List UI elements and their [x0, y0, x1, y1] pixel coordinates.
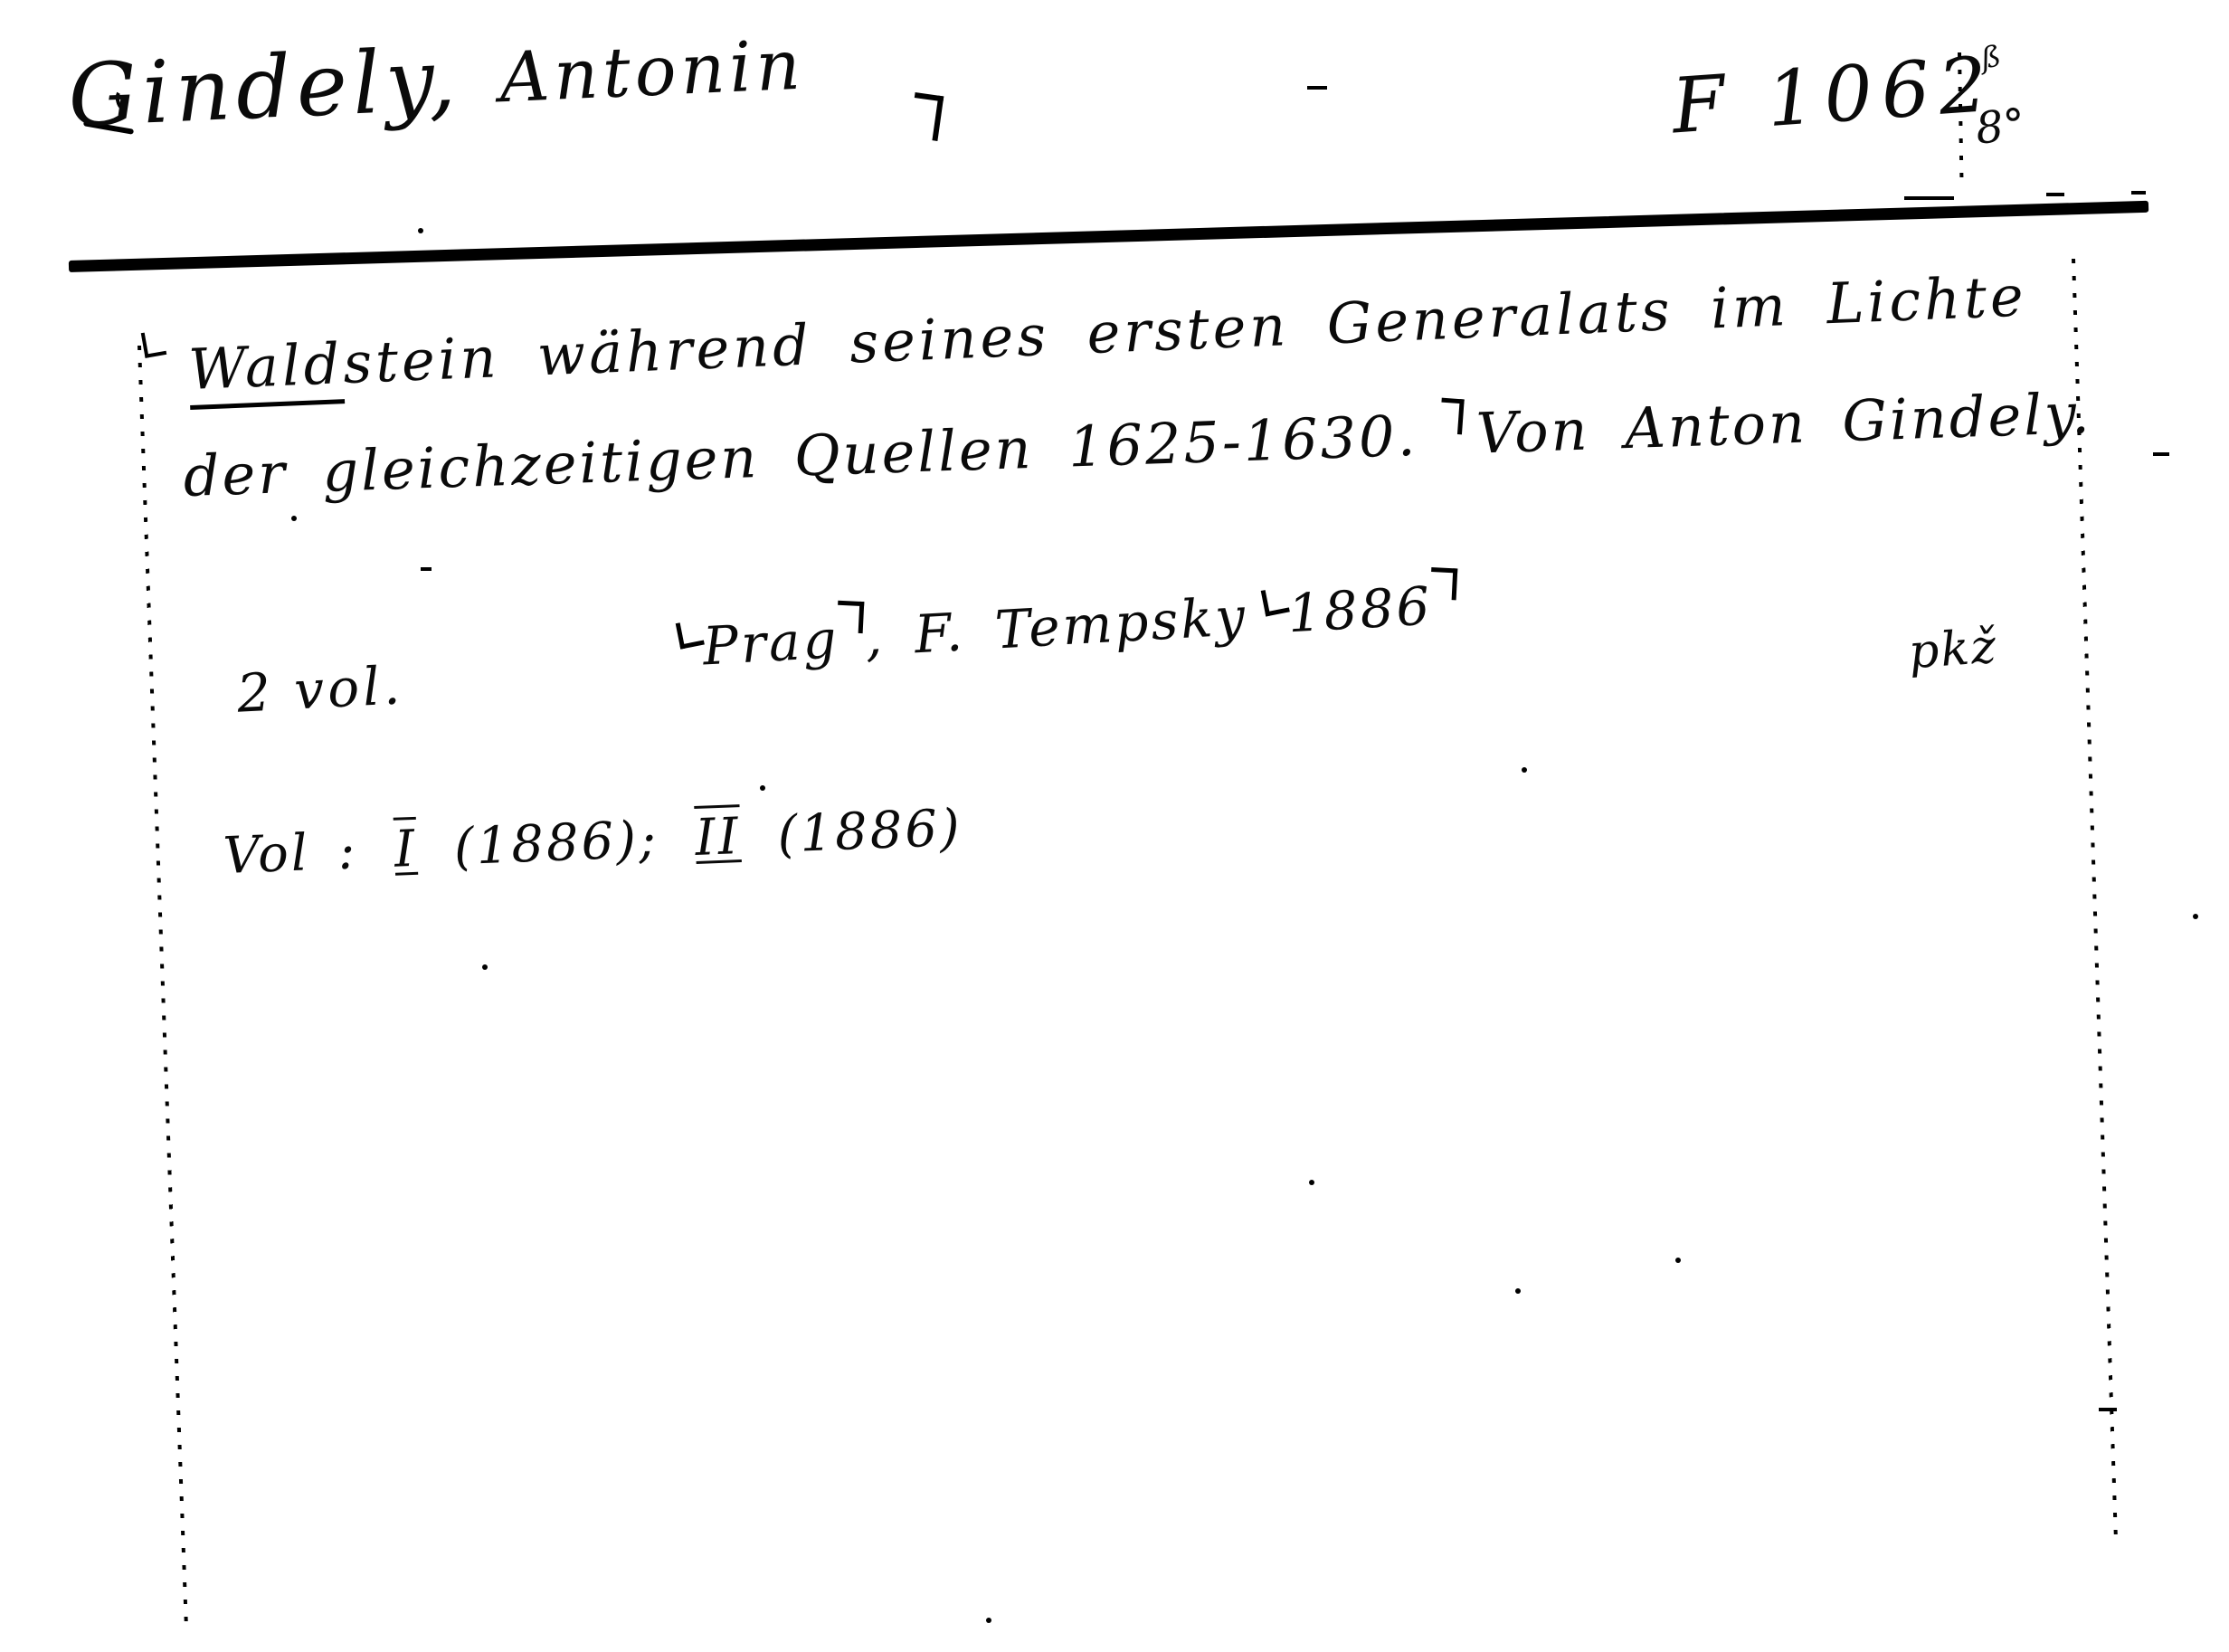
ink-speck [482, 964, 488, 970]
title-line-2: der gleichzeitigen Quellen 1625-1630.Von… [183, 380, 2093, 509]
ink-dash [2099, 1408, 2117, 1411]
ink-speck [760, 785, 765, 791]
left-margin-dotted-line [138, 346, 188, 1625]
imprint-publisher: , F. Tempsky [863, 585, 1248, 669]
author-given-name: Antonin [498, 24, 806, 119]
ink-dash [2153, 452, 2169, 456]
imprint-place: Prag [701, 608, 840, 677]
ink-dash [2131, 191, 2146, 195]
holdings-line: Vol : I (1886); II (1886) [223, 799, 963, 886]
corner-mark-open-icon [1260, 586, 1289, 617]
format-statement: 8° [1973, 99, 2027, 154]
statement-of-responsibility: Von Anton Gindely. [1475, 380, 2093, 467]
title-line-1: Waldstein während seines ersten Generala… [187, 262, 2028, 403]
ink-dash [421, 567, 432, 571]
title-line-2-part1: der gleichzeitigen Quellen 1625-1630. [183, 403, 1419, 509]
imprint-year: 1886 [1286, 575, 1434, 645]
ink-speck [1309, 1180, 1314, 1185]
volume-2-numeral: II [694, 807, 742, 868]
ink-speck [418, 228, 423, 233]
corner-mark-open-icon [141, 329, 166, 358]
shelfmark: F 1062 [1669, 40, 1999, 151]
ink-speck [291, 516, 297, 521]
title-line-1-rest: stein während seines ersten Generalats i… [342, 262, 2028, 396]
imprint-line: Prag, F. Tempsky1886 [677, 574, 1460, 679]
author-surname: Gindely, [66, 30, 463, 147]
header-rule [69, 201, 2148, 272]
extent-statement: 2 vol. [235, 654, 404, 725]
ink-speck [1522, 767, 1527, 773]
ink-speck [2193, 914, 2198, 919]
ink-speck [986, 1618, 991, 1623]
corner-mark-close-icon [1430, 567, 1458, 600]
annotation-note: pkž [1907, 620, 1999, 680]
ink-speck [1515, 1288, 1521, 1294]
right-margin-dotted-line [2072, 259, 2118, 1544]
volume-2-year: (1886) [776, 799, 963, 865]
catalog-card: Gindely, Antonin F 1062 ß 8° Waldstein w… [0, 0, 2229, 1652]
ink-speck [1675, 1258, 1681, 1263]
ink-dash [2046, 193, 2064, 196]
title-underlined-part: Wald [187, 330, 345, 410]
volume-1-year: (1886); [453, 811, 659, 878]
corner-mark-close-icon [837, 601, 865, 633]
corner-mark-open-icon [676, 619, 705, 650]
ink-dash [1307, 86, 1327, 90]
ink-dash [1904, 196, 1954, 200]
corner-mark-close-icon [1439, 398, 1465, 435]
author-heading: Gindely, Antonin [66, 15, 807, 147]
volume-1-numeral: I [394, 820, 419, 879]
corner-mark-close-icon [909, 92, 944, 141]
holdings-label: Vol : [223, 821, 359, 886]
